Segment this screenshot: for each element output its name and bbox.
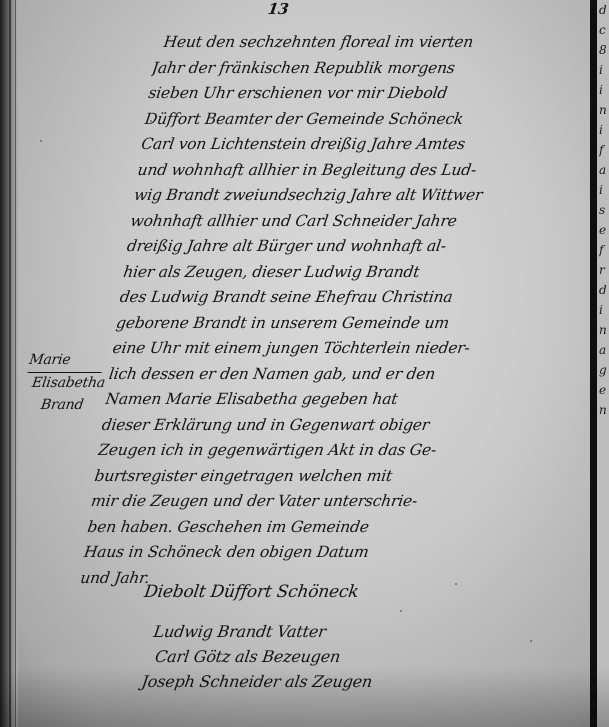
margin-rule [15, 0, 16, 727]
facing-page-fragment: n [599, 100, 609, 120]
body-line: Düffort Beamter der Gemeinde Schöneck [143, 107, 609, 133]
facing-page-fragment: e [599, 380, 609, 400]
facing-page-fragment: i [599, 120, 609, 140]
page-number: 13 [267, 0, 290, 18]
body-line: ben haben. Geschehen im Gemeinde [86, 515, 560, 541]
facing-page-fragment: n [599, 400, 609, 420]
paper-speck [400, 610, 402, 612]
register-entry-body: Heut den sechzehnten floreal im vierten … [79, 30, 609, 591]
facing-page-fragment: d [599, 280, 609, 300]
body-line: und wohnhaft allhier in Begleitung des L… [136, 158, 609, 184]
body-line: Heut den sechzehnten floreal im vierten [162, 30, 609, 56]
body-line: dreißig Jahre alt Bürger und wohnhaft al… [125, 234, 599, 260]
body-line: burtsregister eingetragen welchen mit [93, 464, 567, 490]
paper-speck [530, 640, 532, 642]
facing-page-fragment: d [599, 0, 609, 20]
margin-note-line: Elisabetha [30, 373, 117, 395]
body-line: Zeugen ich in gegenwärtigen Akt in das G… [96, 438, 570, 464]
body-line: Namen Marie Elisabetha gegeben hat [104, 387, 578, 413]
signature-witness: Carl Götz als Bezeugen [154, 644, 578, 669]
facing-page-fragment: a [599, 160, 609, 180]
facing-page-fragment: i [599, 80, 609, 100]
body-line: sieben Uhr erschienen vor mir Diebold [147, 81, 609, 107]
facing-page-fragment: i [599, 180, 609, 200]
facing-page-fragment: e [599, 220, 609, 240]
body-line: dieser Erklärung und in Gegenwart obiger [100, 413, 574, 439]
facing-page-fragment: 8 [599, 40, 609, 60]
facing-page-fragment: f [599, 140, 609, 160]
paper-speck [455, 583, 457, 585]
scanned-document-page: 13 Marie Elisabetha Brand Heut den sechz… [0, 0, 609, 727]
signature-official: Diebolt Düffort Schöneck [142, 580, 586, 605]
facing-page-fragment: r [599, 260, 609, 280]
body-line: Haus in Schöneck den obigen Datum [82, 540, 556, 566]
body-line: des Ludwig Brandt seine Ehefrau Christin… [118, 285, 592, 311]
body-line: geborene Brandt in unserem Gemeinde um [114, 311, 588, 337]
paper-speck [40, 140, 42, 142]
body-line: wig Brandt zweiundsechzig Jahre alt Witt… [132, 183, 606, 209]
body-line: Jahr der fränkischen Republik morgens [150, 56, 609, 82]
body-line: lich dessen er den Namen gab, und er den [107, 362, 581, 388]
facing-page-edge: d c 8 i i n i f a i s e f r d i n a g e … [597, 0, 609, 727]
signature-father: Ludwig Brandt Vatter [152, 619, 581, 644]
scan-shadow [0, 667, 609, 727]
facing-page-fragment: i [599, 60, 609, 80]
body-line: Carl von Lichtenstein dreißig Jahre Amte… [140, 132, 609, 158]
facing-page-fragment: i [599, 300, 609, 320]
body-line: hier als Zeugen, dieser Ludwig Brandt [122, 260, 596, 286]
facing-page-fragment: f [599, 240, 609, 260]
facing-page-fragment: a [599, 340, 609, 360]
facing-page-fragment: n [599, 320, 609, 340]
body-line: mir die Zeugen und der Vater unterschrie… [89, 489, 563, 515]
page-gutter-rule [590, 0, 597, 727]
paper-speck [150, 120, 152, 122]
margin-rule [9, 0, 11, 727]
facing-page-fragment: g [599, 360, 609, 380]
margin-note-line: Marie [27, 350, 104, 373]
facing-page-fragment: s [599, 200, 609, 220]
body-line: eine Uhr mit einem jungen Töchterlein ni… [111, 336, 585, 362]
body-line: wohnhaft allhier und Carl Schneider Jahr… [129, 209, 603, 235]
facing-page-fragment: c [599, 20, 609, 40]
